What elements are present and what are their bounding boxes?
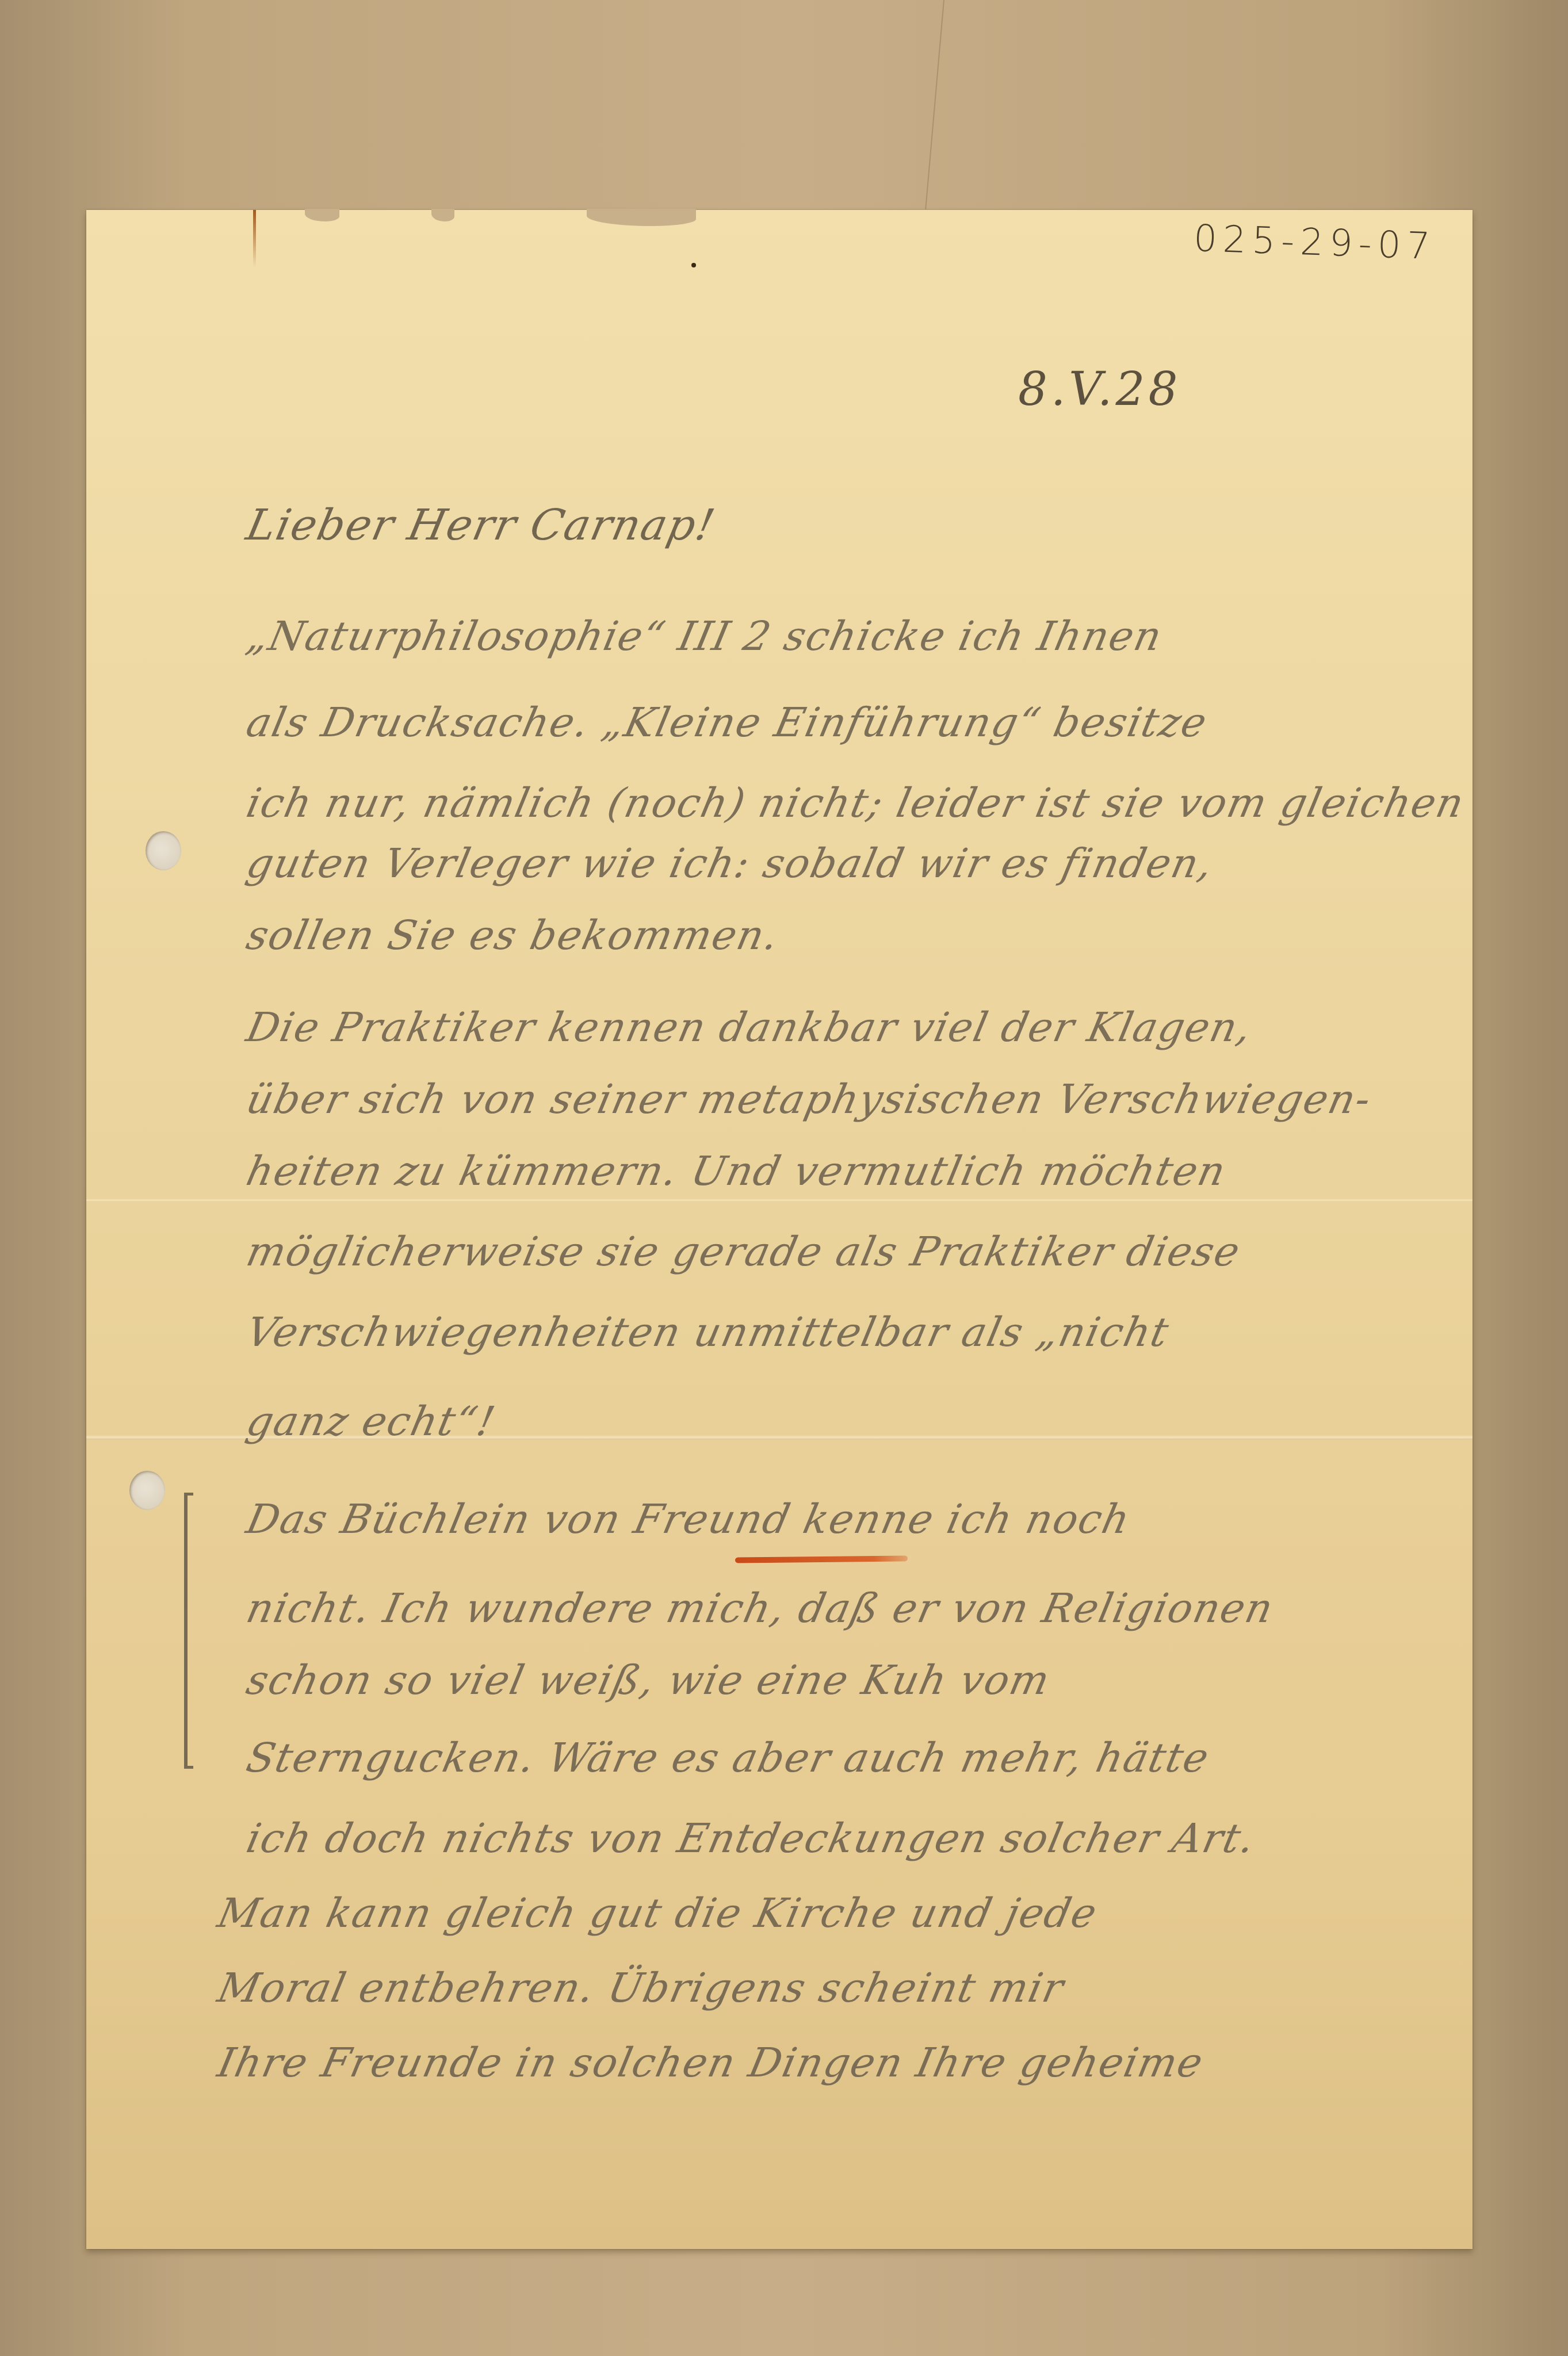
paragraph-3-line-5: ich doch nichts von Entdeckungen solcher… [242,1815,1260,1862]
paragraph-3-line-8: Ihre Freunde in solchen Dingen Ihre gehe… [213,2039,1208,2086]
paper-tear [305,209,339,221]
rust-stain [253,210,256,267]
paragraph-3-line-4: Sterngucken. Wäre es aber auch mehr, hät… [242,1734,1214,1781]
punch-hole-lower [129,1471,165,1510]
paragraph-1-line-3: ich nur, nämlich (noch) nicht; leider is… [242,779,1468,827]
archive-number: 025-29-07 [1193,217,1437,269]
paragraph-2-line-5: Verschwiegenheiten unmittelbar als „nich… [242,1309,1173,1356]
paragraph-3-line-3: schon so viel weiß, wie eine Kuh vom [242,1657,1054,1704]
paragraph-2-line-4: möglicherweise sie gerade als Praktiker … [242,1228,1245,1275]
punch-hole-upper [146,831,181,870]
paper-tear [431,209,454,221]
paragraph-1-line-4: guten Verleger wie ich: sobald wir es fi… [242,840,1218,887]
paragraph-1-line-5: sollen Sie es bekommen. [242,912,783,959]
paragraph-3-line-1: Das Büchlein von Freund kenne ich noch [242,1496,1135,1543]
paragraph-1-line-1: „Naturphilosophie“ III 2 schicke ich Ihn… [242,613,1167,660]
paragraph-2-line-3: heiten zu kümmern. Und vermutlich möchte… [242,1148,1230,1195]
letter-date: 8.V.28 [1018,362,1181,416]
paragraph-2-line-2: über sich von seiner metaphysischen Vers… [242,1076,1376,1123]
salutation: Lieber Herr Carnap! [242,500,720,550]
paragraph-3-line-2: nicht. Ich wundere mich, daß er von Reli… [242,1585,1278,1632]
paragraph-3-line-7: Moral entbehren. Übrigens scheint mir [213,1964,1068,2011]
backdrop-crease [925,0,944,209]
paragraph-3-line-6: Man kann gleich gut die Kirche und jede [213,1890,1102,1937]
ink-speck [691,263,696,267]
paragraph-2-line-6: ganz echt“! [242,1398,500,1445]
paragraph-1-line-2: als Drucksache. „Kleine Einführung“ besi… [242,699,1212,746]
margin-bracket [184,1493,188,1769]
paper-tear [587,209,696,226]
paragraph-2-line-1: Die Praktiker kennen dankbar viel der Kl… [242,1004,1256,1051]
